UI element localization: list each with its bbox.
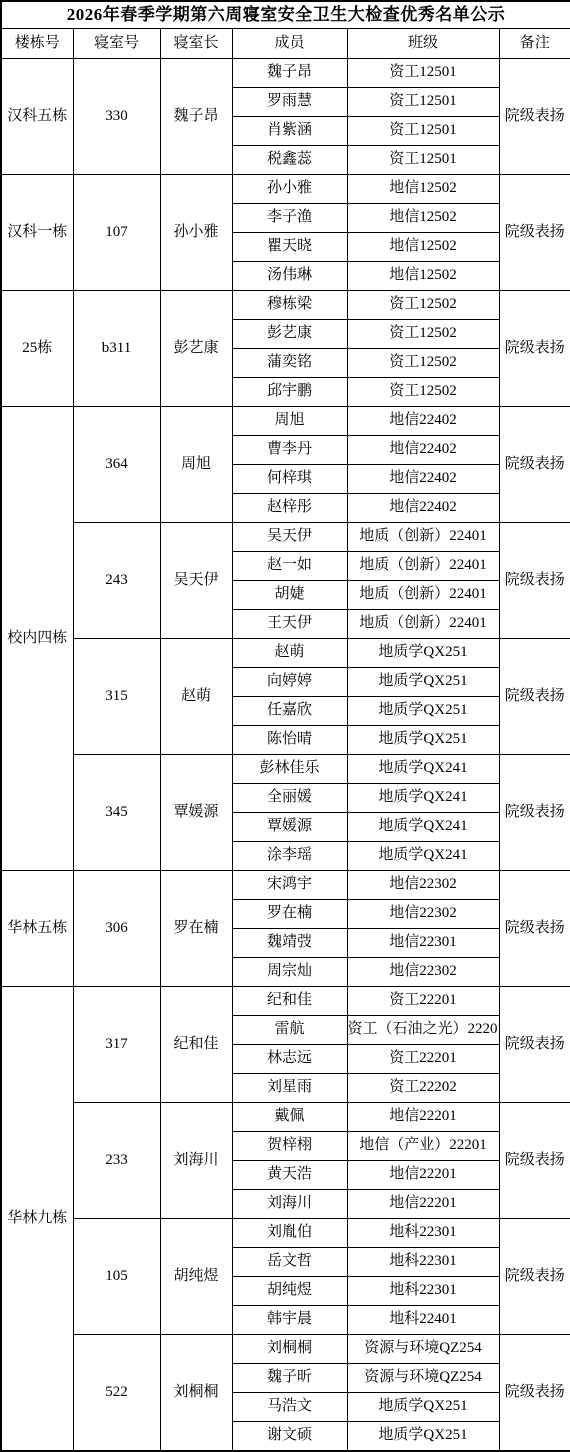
- class-cell: 资工12502: [347, 291, 499, 320]
- class-cell: 地质学QX241: [347, 755, 499, 784]
- member-name-cell: 汤伟琳: [232, 262, 347, 291]
- class-cell: 资工（石油之光）22201: [347, 1016, 499, 1045]
- leader-cell: 赵萌: [160, 639, 232, 755]
- building-cell: 汉科五栋: [1, 59, 73, 175]
- class-cell: 地质（创新）22401: [347, 610, 499, 639]
- room-cell: 306: [73, 871, 160, 987]
- leader-cell: 纪和佳: [160, 987, 232, 1103]
- column-header-room: 寝室号: [73, 29, 160, 59]
- class-cell: 地信22302: [347, 900, 499, 929]
- member-name-cell: 彭艺康: [232, 320, 347, 349]
- remark-cell: 院级表扬: [499, 1219, 570, 1335]
- table-body: 汉科五栋330魏子昂魏子昂资工12501院级表扬罗雨慧资工12501肖紫涵资工1…: [1, 59, 570, 1452]
- table-row: 315赵萌赵萌地质学QX251院级表扬: [1, 639, 570, 668]
- member-name-cell: 赵一如: [232, 552, 347, 581]
- leader-cell: 刘桐桐: [160, 1335, 232, 1452]
- class-cell: 地信22402: [347, 465, 499, 494]
- class-cell: 地信22302: [347, 958, 499, 987]
- class-cell: 地信22402: [347, 494, 499, 523]
- member-name-cell: 孙小雅: [232, 175, 347, 204]
- member-name-cell: 曹李丹: [232, 436, 347, 465]
- member-name-cell: 贺梓栩: [232, 1132, 347, 1161]
- class-cell: 地信12502: [347, 262, 499, 291]
- member-name-cell: 刘星雨: [232, 1074, 347, 1103]
- class-cell: 地信22301: [347, 929, 499, 958]
- room-cell: 107: [73, 175, 160, 291]
- inspection-roster-table: 2026年春季学期第六周寝室安全卫生大检查优秀名单公示 楼栋号 寝室号 寝室长 …: [0, 0, 570, 1452]
- room-cell: 233: [73, 1103, 160, 1219]
- class-cell: 资工22202: [347, 1074, 499, 1103]
- table-row: 345覃媛源彭林佳乐地质学QX241院级表扬: [1, 755, 570, 784]
- building-cell: 汉科一栋: [1, 175, 73, 291]
- member-name-cell: 穆栋梁: [232, 291, 347, 320]
- class-cell: 地科22301: [347, 1248, 499, 1277]
- member-name-cell: 林志远: [232, 1045, 347, 1074]
- member-name-cell: 雷航: [232, 1016, 347, 1045]
- column-header-member: 成员: [232, 29, 347, 59]
- member-name-cell: 马浩文: [232, 1393, 347, 1422]
- member-name-cell: 邱宇鹏: [232, 378, 347, 407]
- class-cell: 地质（创新）22401: [347, 581, 499, 610]
- room-cell: 105: [73, 1219, 160, 1335]
- member-name-cell: 吴天伊: [232, 523, 347, 552]
- table-row: 105胡纯煜刘胤伯地科22301院级表扬: [1, 1219, 570, 1248]
- class-cell: 资工12501: [347, 59, 499, 88]
- leader-cell: 彭艺康: [160, 291, 232, 407]
- class-cell: 资工22201: [347, 987, 499, 1016]
- member-name-cell: 魏子昕: [232, 1364, 347, 1393]
- member-name-cell: 谢文硕: [232, 1422, 347, 1452]
- member-name-cell: 纪和佳: [232, 987, 347, 1016]
- class-cell: 资工12501: [347, 146, 499, 175]
- table-row: 522刘桐桐刘桐桐资源与环境QZ254院级表扬: [1, 1335, 570, 1364]
- building-cell: 25栋: [1, 291, 73, 407]
- member-name-cell: 涂李瑶: [232, 842, 347, 871]
- column-header-building: 楼栋号: [1, 29, 73, 59]
- member-name-cell: 岳文哲: [232, 1248, 347, 1277]
- room-cell: 243: [73, 523, 160, 639]
- class-cell: 资工22201: [347, 1045, 499, 1074]
- table-row: 233刘海川戴佩地信22201院级表扬: [1, 1103, 570, 1132]
- class-cell: 资源与环境QZ254: [347, 1364, 499, 1393]
- member-name-cell: 全丽媛: [232, 784, 347, 813]
- member-name-cell: 魏靖弢: [232, 929, 347, 958]
- member-name-cell: 韩宇晨: [232, 1306, 347, 1335]
- member-name-cell: 肖紫涵: [232, 117, 347, 146]
- member-name-cell: 税鑫蕊: [232, 146, 347, 175]
- class-cell: 地质（创新）22401: [347, 523, 499, 552]
- column-header-leader: 寝室长: [160, 29, 232, 59]
- class-cell: 地质学QX251: [347, 1422, 499, 1452]
- member-name-cell: 胡婕: [232, 581, 347, 610]
- class-cell: 地质学QX241: [347, 813, 499, 842]
- class-cell: 地质学QX251: [347, 697, 499, 726]
- leader-cell: 孙小雅: [160, 175, 232, 291]
- class-cell: 资源与环境QZ254: [347, 1335, 499, 1364]
- leader-cell: 周旭: [160, 407, 232, 523]
- member-name-cell: 周宗灿: [232, 958, 347, 987]
- class-cell: 地信12502: [347, 233, 499, 262]
- class-cell: 资工12502: [347, 349, 499, 378]
- table-row: 华林五栋306罗在楠宋鸿宇地信22302院级表扬: [1, 871, 570, 900]
- class-cell: 地质学QX251: [347, 726, 499, 755]
- member-name-cell: 瞿天晓: [232, 233, 347, 262]
- table-row: 校内四栋364周旭周旭地信22402院级表扬: [1, 407, 570, 436]
- member-name-cell: 任嘉欣: [232, 697, 347, 726]
- room-cell: 330: [73, 59, 160, 175]
- class-cell: 地质学QX251: [347, 639, 499, 668]
- remark-cell: 院级表扬: [499, 987, 570, 1103]
- class-cell: 资工12501: [347, 117, 499, 146]
- class-cell: 地信22201: [347, 1161, 499, 1190]
- leader-cell: 刘海川: [160, 1103, 232, 1219]
- remark-cell: 院级表扬: [499, 175, 570, 291]
- header-row: 楼栋号 寝室号 寝室长 成员 班级 备注: [1, 29, 570, 59]
- class-cell: 地科22301: [347, 1219, 499, 1248]
- leader-cell: 魏子昂: [160, 59, 232, 175]
- class-cell: 地信22402: [347, 436, 499, 465]
- building-cell: 华林九栋: [1, 987, 73, 1452]
- class-cell: 地质学QX251: [347, 1393, 499, 1422]
- table-row: 华林九栋317纪和佳纪和佳资工22201院级表扬: [1, 987, 570, 1016]
- class-cell: 地信22302: [347, 871, 499, 900]
- column-header-class: 班级: [347, 29, 499, 59]
- page-title: 2026年春季学期第六周寝室安全卫生大检查优秀名单公示: [1, 1, 570, 29]
- remark-cell: 院级表扬: [499, 1335, 570, 1452]
- member-name-cell: 何梓琪: [232, 465, 347, 494]
- member-name-cell: 罗雨慧: [232, 88, 347, 117]
- class-cell: 地信22201: [347, 1190, 499, 1219]
- member-name-cell: 宋鸿宇: [232, 871, 347, 900]
- member-name-cell: 李子渔: [232, 204, 347, 233]
- member-name-cell: 陈怡晴: [232, 726, 347, 755]
- remark-cell: 院级表扬: [499, 871, 570, 987]
- member-name-cell: 周旭: [232, 407, 347, 436]
- remark-cell: 院级表扬: [499, 407, 570, 523]
- room-cell: b311: [73, 291, 160, 407]
- class-cell: 地科22401: [347, 1306, 499, 1335]
- member-name-cell: 赵萌: [232, 639, 347, 668]
- member-name-cell: 罗在楠: [232, 900, 347, 929]
- remark-cell: 院级表扬: [499, 291, 570, 407]
- member-name-cell: 刘海川: [232, 1190, 347, 1219]
- building-cell: 华林五栋: [1, 871, 73, 987]
- table-row: 25栋b311彭艺康穆栋梁资工12502院级表扬: [1, 291, 570, 320]
- table-row: 汉科一栋107孙小雅孙小雅地信12502院级表扬: [1, 175, 570, 204]
- remark-cell: 院级表扬: [499, 1103, 570, 1219]
- member-name-cell: 魏子昂: [232, 59, 347, 88]
- room-cell: 364: [73, 407, 160, 523]
- member-name-cell: 赵梓彤: [232, 494, 347, 523]
- member-name-cell: 刘胤伯: [232, 1219, 347, 1248]
- member-name-cell: 刘桐桐: [232, 1335, 347, 1364]
- member-name-cell: 胡纯煜: [232, 1277, 347, 1306]
- leader-cell: 胡纯煜: [160, 1219, 232, 1335]
- member-name-cell: 黄天浩: [232, 1161, 347, 1190]
- leader-cell: 吴天伊: [160, 523, 232, 639]
- table-row: 243吴天伊吴天伊地质（创新）22401院级表扬: [1, 523, 570, 552]
- building-cell: 校内四栋: [1, 407, 73, 871]
- class-cell: 地质学QX241: [347, 842, 499, 871]
- class-cell: 地信22402: [347, 407, 499, 436]
- member-name-cell: 覃媛源: [232, 813, 347, 842]
- remark-cell: 院级表扬: [499, 755, 570, 871]
- leader-cell: 覃媛源: [160, 755, 232, 871]
- room-cell: 345: [73, 755, 160, 871]
- title-row: 2026年春季学期第六周寝室安全卫生大检查优秀名单公示: [1, 1, 570, 29]
- remark-cell: 院级表扬: [499, 59, 570, 175]
- member-name-cell: 向婷婷: [232, 668, 347, 697]
- class-cell: 地科22301: [347, 1277, 499, 1306]
- member-name-cell: 蒲奕铭: [232, 349, 347, 378]
- remark-cell: 院级表扬: [499, 639, 570, 755]
- remark-cell: 院级表扬: [499, 523, 570, 639]
- room-cell: 317: [73, 987, 160, 1103]
- room-cell: 315: [73, 639, 160, 755]
- class-cell: 地信12502: [347, 204, 499, 233]
- class-cell: 资工12502: [347, 320, 499, 349]
- class-cell: 地信12502: [347, 175, 499, 204]
- room-cell: 522: [73, 1335, 160, 1452]
- class-cell: 地信22201: [347, 1103, 499, 1132]
- class-cell: 地质学QX251: [347, 668, 499, 697]
- table-row: 汉科五栋330魏子昂魏子昂资工12501院级表扬: [1, 59, 570, 88]
- column-header-remark: 备注: [499, 29, 570, 59]
- class-cell: 地质（创新）22401: [347, 552, 499, 581]
- member-name-cell: 戴佩: [232, 1103, 347, 1132]
- member-name-cell: 王天伊: [232, 610, 347, 639]
- class-cell: 地信（产业）22201: [347, 1132, 499, 1161]
- leader-cell: 罗在楠: [160, 871, 232, 987]
- class-cell: 资工12501: [347, 88, 499, 117]
- member-name-cell: 彭林佳乐: [232, 755, 347, 784]
- class-cell: 资工12502: [347, 378, 499, 407]
- class-cell: 地质学QX241: [347, 784, 499, 813]
